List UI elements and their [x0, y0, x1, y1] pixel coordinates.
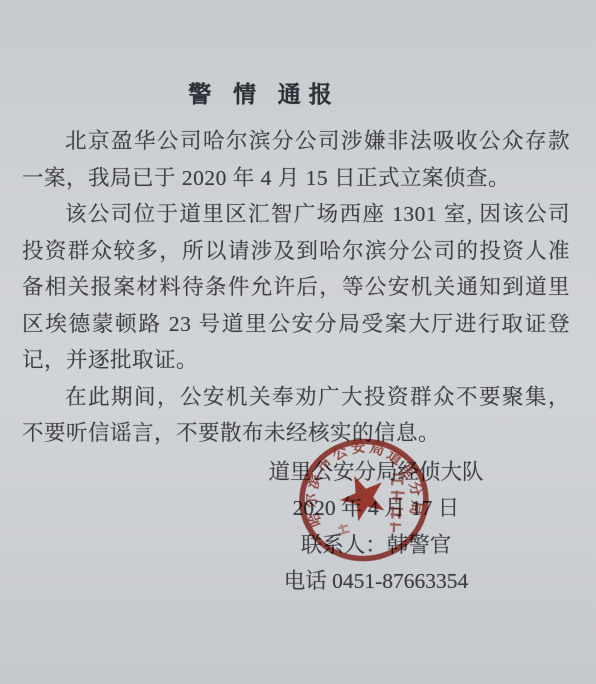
signature-contact: 联系人：韩警官 [238, 527, 514, 564]
signature-date: 2020 年 4 月 17 日 [238, 490, 514, 527]
paragraph-warning: 在此期间，公安机关奉劝广大投资群众不要聚集，不要听信谣言，不要散布未经核实的信息… [22, 379, 570, 452]
paragraph-instructions: 该公司位于道里区汇智广场西座 1301 室, 因该公司投资群众较多，所以请涉及到… [22, 196, 570, 379]
page-title: 警 情 通报 [0, 0, 562, 109]
signature-unit: 道里公安分局经侦大队 [238, 454, 514, 491]
paragraph-case-filing: 北京盈华公司哈尔滨分公司涉嫌非法吸收公众存款一案，我局已于 2020 年 4 月… [22, 123, 570, 196]
notice-photo: 警 情 通报 北京盈华公司哈尔滨分公司涉嫌非法吸收公众存款一案，我局已于 202… [0, 0, 596, 684]
signature-block: 道里公安分局经侦大队 2020 年 4 月 17 日 联系人：韩警官 电话 04… [238, 454, 514, 600]
notice-body: 北京盈华公司哈尔滨分公司涉嫌非法吸收公众存款一案，我局已于 2020 年 4 月… [0, 109, 596, 452]
signature-phone: 电话 0451-87663354 [238, 563, 514, 600]
